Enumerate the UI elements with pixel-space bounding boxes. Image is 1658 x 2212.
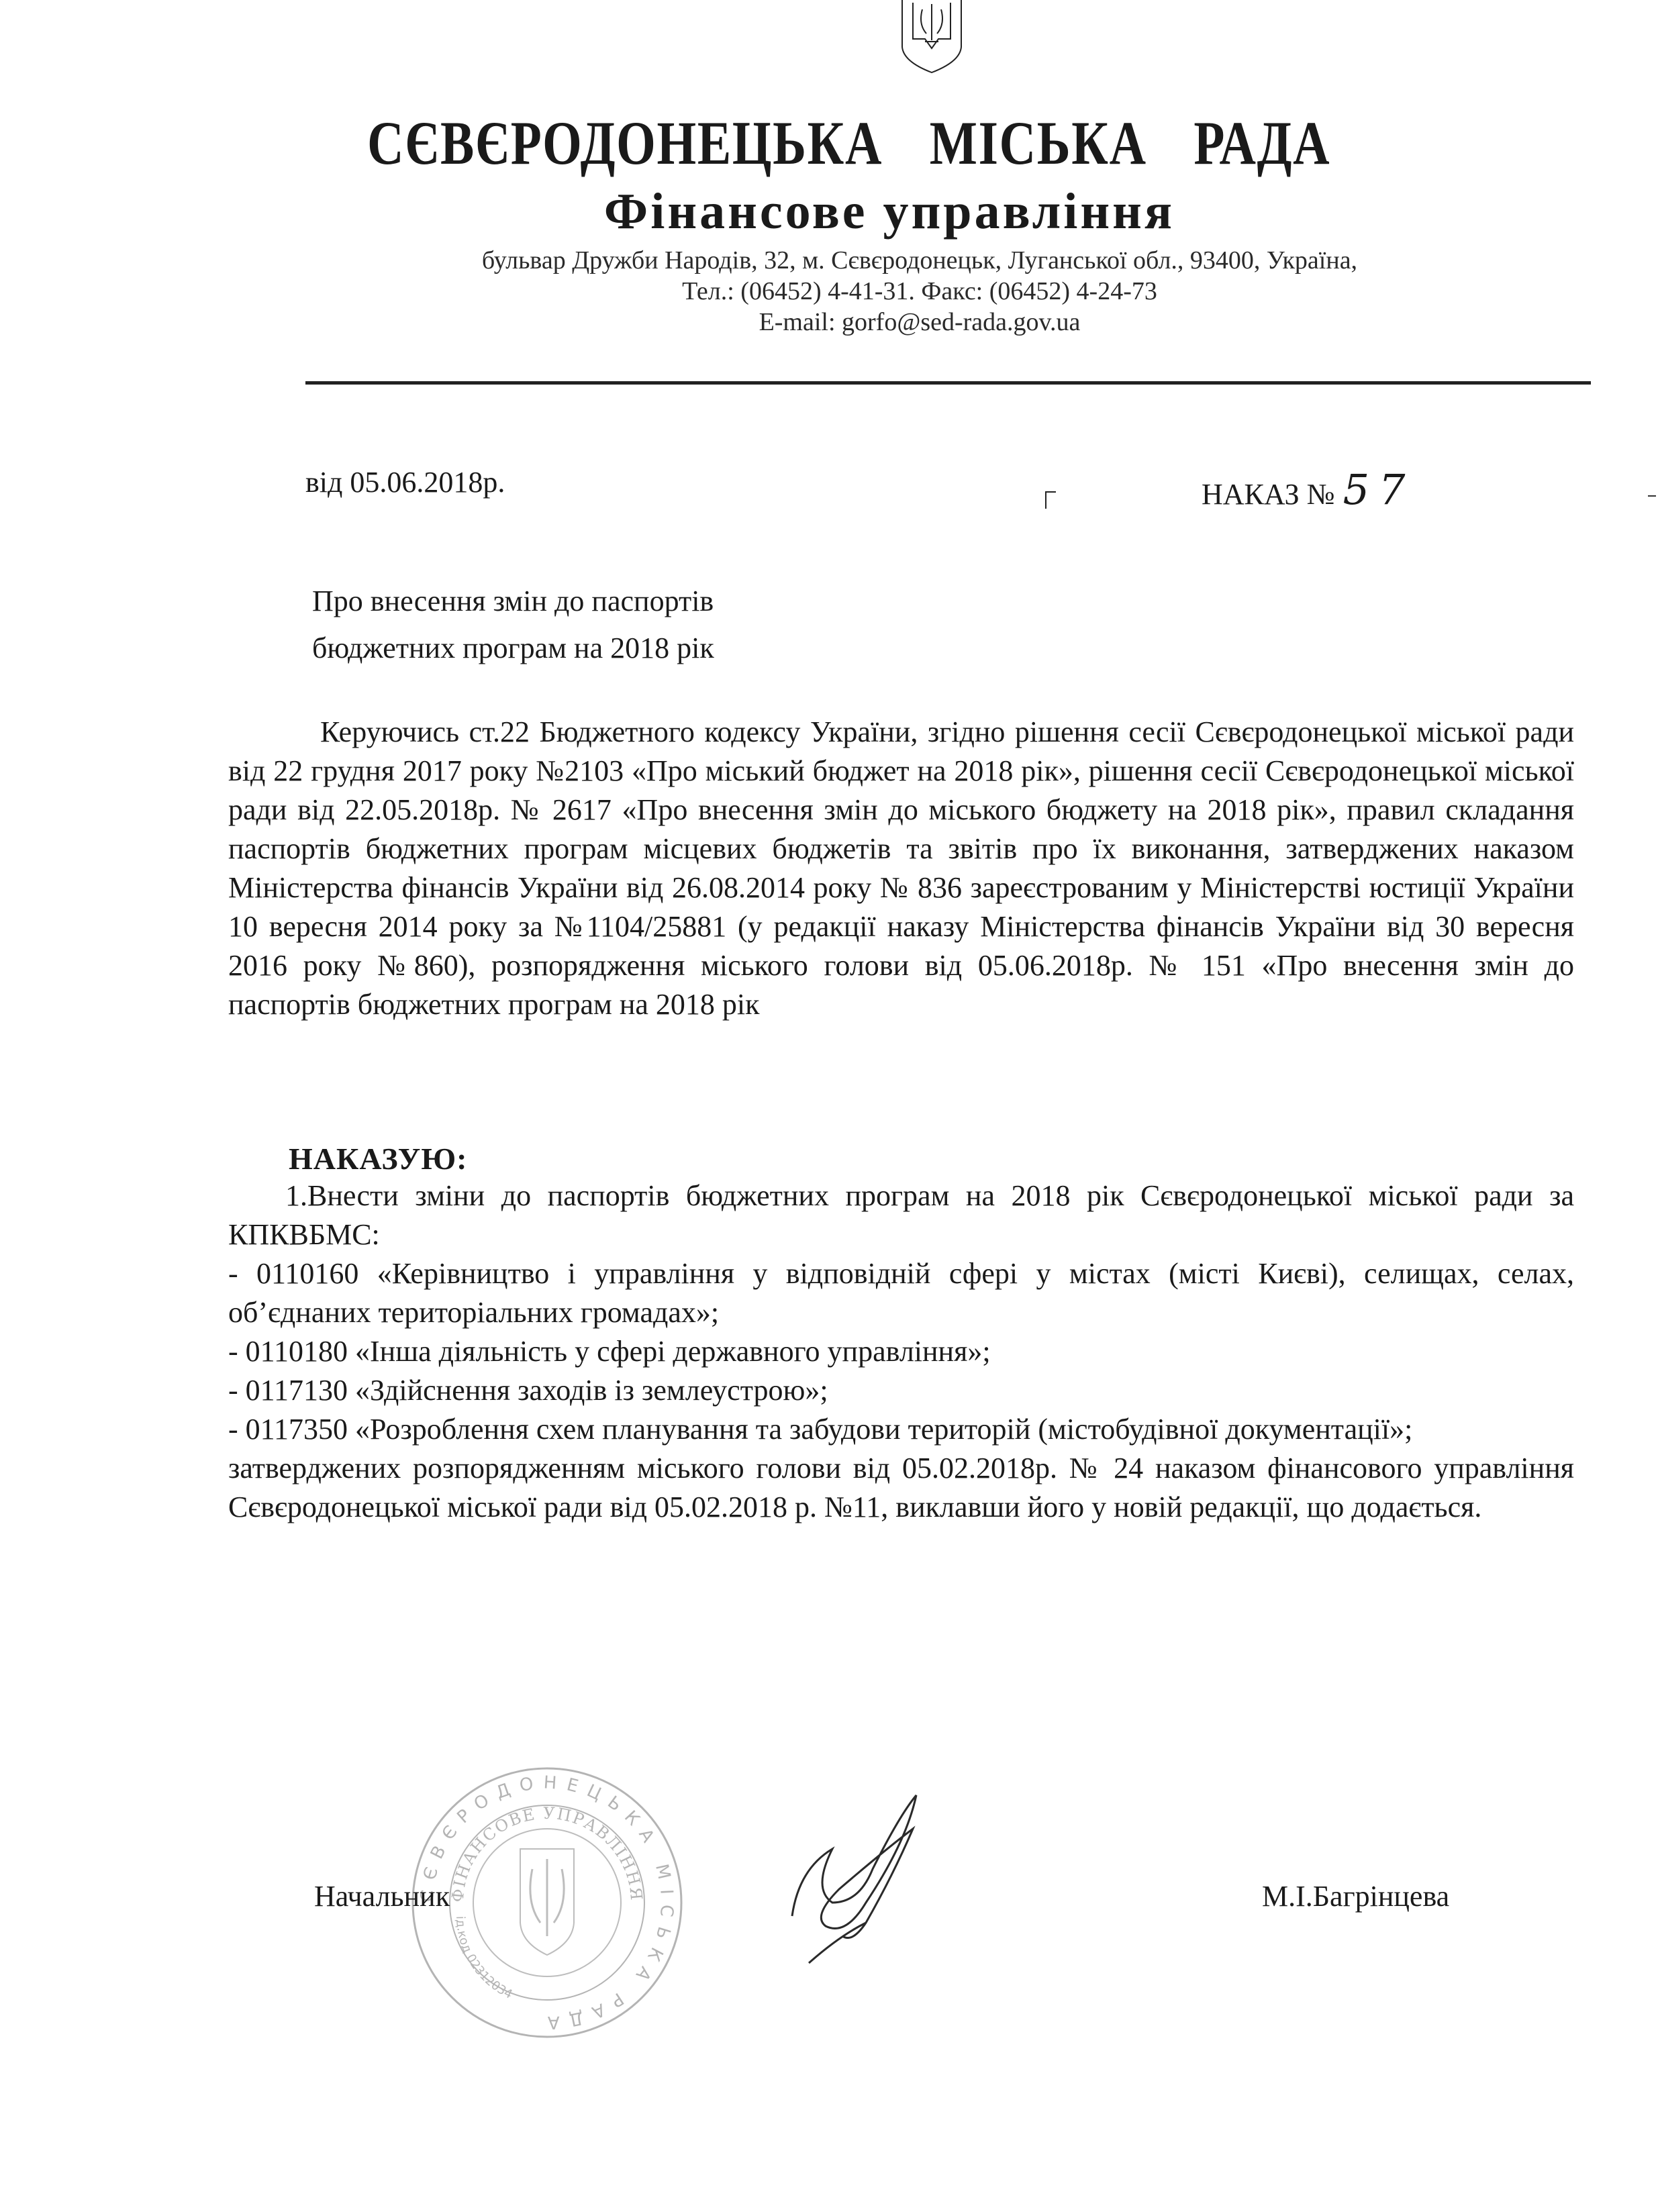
signatory-name: М.І.Багрінцева	[1262, 1879, 1449, 1913]
order-number: НАКАЗ №57	[1202, 465, 1415, 514]
edge-mark	[1648, 495, 1656, 497]
item-1-intro: 1.Внести зміни до паспортів бюджетних пр…	[228, 1176, 1574, 1254]
order-date: від 05.06.2018р.	[305, 465, 505, 499]
phone-fax-line: Тел.: (06452) 4-41-31. Факс: (06452) 4-2…	[0, 276, 1658, 306]
program-item: - 0117130 «Здійснення заходів із землеус…	[228, 1371, 1574, 1410]
stamp-code: ід.код 02312034	[453, 1916, 515, 2002]
order-label: НАКАЗ №	[1202, 478, 1335, 511]
order-number-handwritten: 57	[1343, 465, 1415, 514]
svg-text:ід.код 02312034: ід.код 02312034	[453, 1916, 515, 2002]
decree-closing: затверджених розпорядженням міського гол…	[228, 1449, 1574, 1527]
department-name: Фінансове управління	[0, 183, 1658, 241]
email-line: E-mail: gorfo@sed-rada.gov.ua	[0, 307, 1658, 337]
preamble-paragraph: Керуючись ст.22 Бюджетного кодексу Украї…	[228, 713, 1574, 1024]
decree-body: 1.Внести зміни до паспортів бюджетних пр…	[228, 1176, 1574, 1527]
program-item: - 0110180 «Інша діяльність у сфері держа…	[228, 1332, 1574, 1371]
subject-line-1: Про внесення змін до паспортів	[312, 584, 714, 618]
handwritten-signature	[785, 1789, 940, 1983]
address-line: бульвар Дружби Народів, 32, м. Сєвєродон…	[0, 246, 1658, 275]
council-name: СЄВЄРОДОНЕЦЬКА МІСЬКА РАДА	[169, 107, 1528, 179]
program-item: - 0110160 «Керівництво і управління у ві…	[228, 1254, 1574, 1332]
trident-coat-of-arms-icon	[898, 0, 965, 74]
header-divider	[305, 381, 1591, 385]
program-item: - 0117350 «Розроблення схем планування т…	[228, 1410, 1574, 1449]
corner-mark	[1045, 491, 1056, 509]
signatory-title: Начальник	[314, 1879, 450, 1913]
subject-line-2: бюджетних програм на 2018 рік	[312, 631, 714, 665]
decree-heading: НАКАЗУЮ:	[289, 1141, 467, 1176]
